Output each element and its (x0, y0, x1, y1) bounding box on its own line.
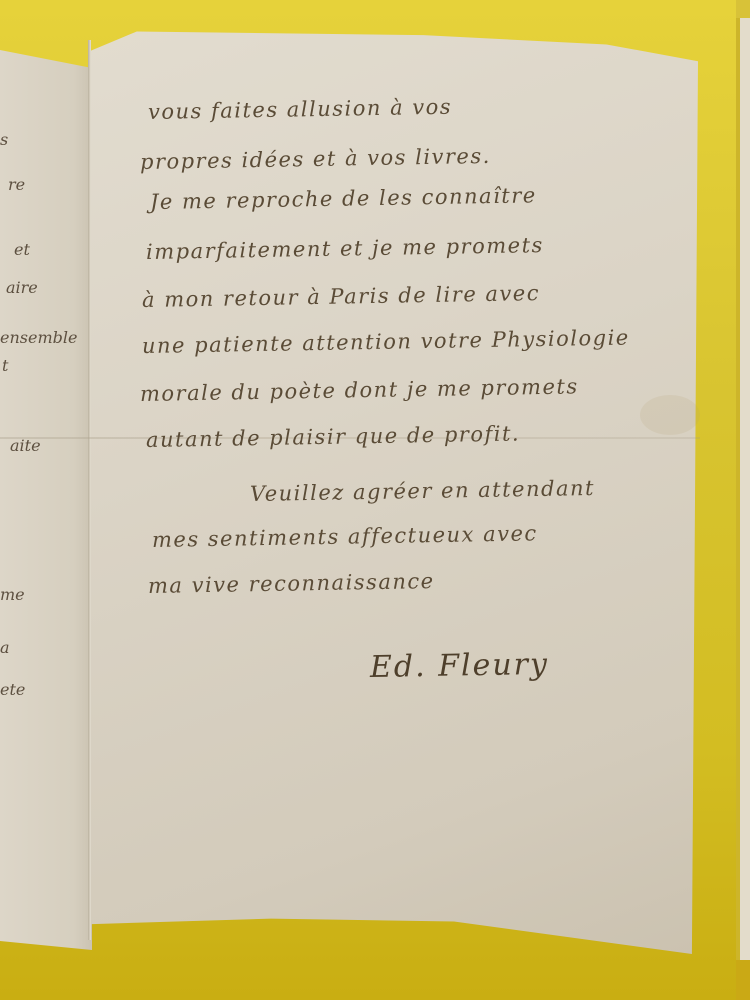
left-fragment: a (0, 638, 10, 657)
left-fragment: me (0, 585, 25, 604)
page-spine (88, 40, 91, 940)
left-fragment: s (0, 130, 8, 149)
adjacent-page-right-edge (736, 0, 750, 1000)
left-fragment: t (2, 356, 8, 375)
paper-stain (640, 395, 700, 435)
letter-line: ma vive reconnaissance (148, 569, 435, 598)
left-fragment: re (8, 175, 25, 194)
left-fragment: et (14, 240, 30, 259)
left-fragment: aire (6, 278, 38, 297)
left-fragment: ensemble (0, 328, 77, 347)
signature: Ed. Fleury (370, 647, 550, 685)
left-page: s re et aire ensemble t aite me a ete (0, 50, 92, 950)
left-fragment: ete (0, 680, 25, 699)
